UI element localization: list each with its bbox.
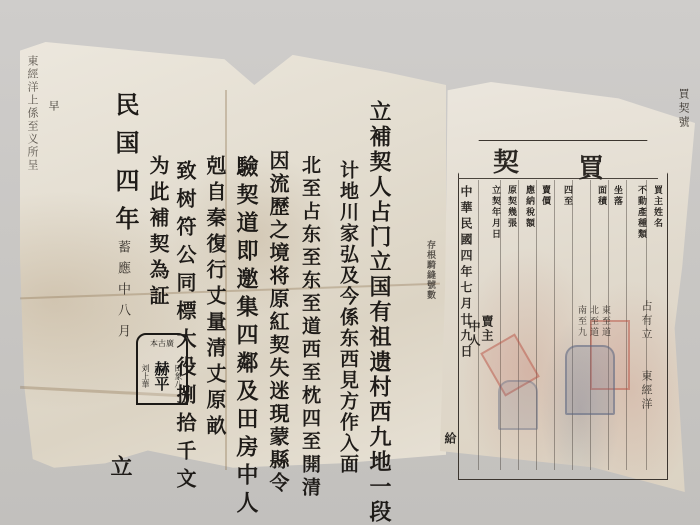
- header-buyer-name: 買主姓名: [652, 185, 661, 229]
- issue-mark: 給: [444, 432, 456, 446]
- deed-text-column-2: 计地川家弘及今係东西見方作入面: [338, 160, 357, 475]
- deed-text-column-6: 剋自秦復行丈量清丈原畝: [205, 155, 225, 441]
- deed-title-qi: 契: [493, 150, 521, 176]
- header-tax: 應納稅額: [524, 185, 533, 229]
- seller-label: 賣主: [481, 315, 493, 343]
- left-date-column: 民国四年: [113, 92, 137, 244]
- header-area: 面積: [596, 185, 605, 207]
- blue-official-seal: [565, 345, 615, 415]
- left-date-sub: 蓄應中八月: [116, 240, 129, 345]
- header-deed-date: 立契年月日: [490, 185, 499, 240]
- header-original-deeds: 原契幾張: [506, 185, 515, 229]
- deed-text-column-7: 致树符公同標大役捌拾千文: [175, 160, 195, 496]
- seal-left-text: 刘上華: [140, 364, 151, 388]
- margin-note: 東經洋上係至义所呈: [27, 55, 38, 172]
- header-price: 賣價: [540, 185, 549, 207]
- blue-official-seal: [498, 380, 538, 430]
- closing-mark: 立: [109, 455, 131, 479]
- header-property-type: 不動產種類: [636, 185, 645, 240]
- deed-text-column-8: 为此補契為証: [148, 155, 168, 311]
- deed-text-column-4: 因流歷之境将原紅契失迷現蒙縣令: [268, 150, 288, 495]
- boundary-note: 東至道: [600, 305, 609, 338]
- middleman-label: 中人: [468, 320, 480, 348]
- location-value: 東經洋: [641, 370, 652, 412]
- grid-rule: [572, 180, 573, 470]
- seal-center-text: 赫平: [152, 361, 173, 391]
- boundary-note: 北至道: [588, 305, 597, 338]
- deed-text-column-1: 立補契人占门立国有祖遗村西九地一段: [368, 100, 390, 525]
- boundary-note: 南至九: [576, 305, 585, 338]
- deed-text-column-5: 驗契道即邀集四鄰及田房中人: [235, 155, 257, 519]
- deed-text-column-3: 北至占东至东至道西至枕四至開清: [300, 155, 319, 500]
- grid-rule: [554, 180, 555, 470]
- stub-strip-text: 存根騎縫號數: [425, 240, 434, 300]
- deed-header-rule: [458, 178, 658, 179]
- deed-title-mai: 買: [578, 156, 606, 182]
- deed-side-number: 買契號: [678, 88, 689, 130]
- header-location: 坐落: [612, 185, 621, 207]
- margin-mark: 早: [48, 100, 59, 113]
- header-boundaries: 四至: [562, 185, 571, 207]
- seal-top-text: 本古廣: [150, 338, 174, 349]
- buyer-name-value: 占有立: [641, 300, 652, 342]
